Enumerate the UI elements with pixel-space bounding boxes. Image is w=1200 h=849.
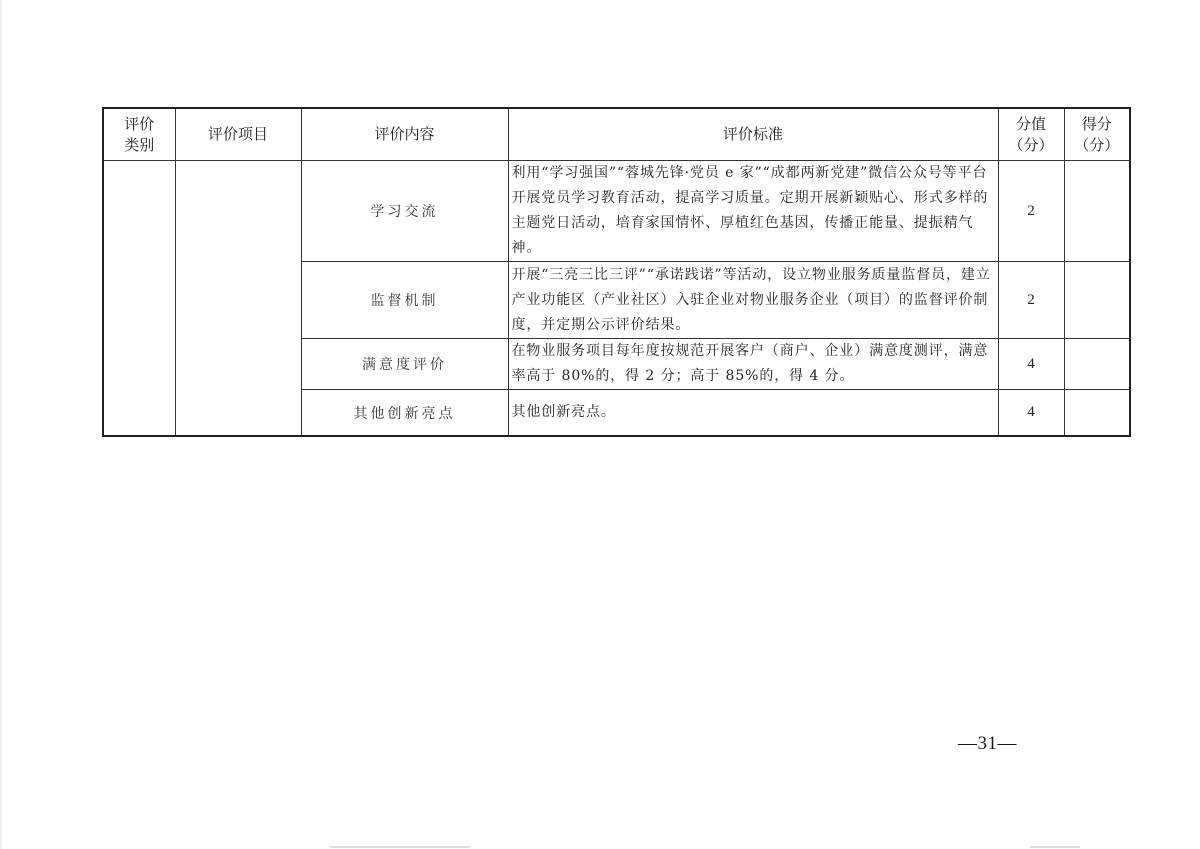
table-header-row: 评价 类别 评价项目 评价内容 评价标准 分值 （分） 得分 （分） xyxy=(103,108,1130,161)
evaluation-table: 评价 类别 评价项目 评价内容 评价标准 分值 （分） 得分 （分） 学习交流 … xyxy=(102,107,1131,437)
header-score-line2: （分） xyxy=(999,135,1064,156)
header-content: 评价内容 xyxy=(301,108,508,161)
content-cell: 满意度评价 xyxy=(301,339,508,390)
header-earned-line2: （分） xyxy=(1065,135,1130,156)
score-cell: 4 xyxy=(998,339,1064,390)
scan-artifact-line xyxy=(330,846,470,848)
standard-cell: 利用“学习强国”“蓉城先锋·党员 e 家”“成都两新党建”微信公众号等平台开展党… xyxy=(508,161,998,262)
content-cell: 其他创新亮点 xyxy=(301,390,508,437)
header-category-line2: 类别 xyxy=(104,135,175,156)
score-cell: 2 xyxy=(998,262,1064,339)
header-standard: 评价标准 xyxy=(508,108,998,161)
header-earned: 得分 （分） xyxy=(1064,108,1130,161)
header-category: 评价 类别 xyxy=(103,108,175,161)
item-cell xyxy=(175,161,301,437)
page-edge xyxy=(0,0,2,849)
content-cell: 学习交流 xyxy=(301,161,508,262)
standard-cell: 其他创新亮点。 xyxy=(508,390,998,437)
score-cell: 2 xyxy=(998,161,1064,262)
earned-score-cell[interactable] xyxy=(1064,339,1130,390)
header-category-line1: 评价 xyxy=(104,114,175,135)
header-earned-line1: 得分 xyxy=(1065,114,1130,135)
category-cell xyxy=(103,161,175,437)
table-row: 学习交流 利用“学习强国”“蓉城先锋·党员 e 家”“成都两新党建”微信公众号等… xyxy=(103,161,1130,262)
page-number: —31— xyxy=(958,733,1017,755)
standard-cell: 开展“三亮三比三评”“承诺践诺”等活动，设立物业服务质量监督员，建立产业功能区（… xyxy=(508,262,998,339)
header-item: 评价项目 xyxy=(175,108,301,161)
earned-score-cell[interactable] xyxy=(1064,262,1130,339)
content-cell: 监督机制 xyxy=(301,262,508,339)
header-score: 分值 （分） xyxy=(998,108,1064,161)
earned-score-cell[interactable] xyxy=(1064,390,1130,437)
header-score-line1: 分值 xyxy=(999,114,1064,135)
score-cell: 4 xyxy=(998,390,1064,437)
earned-score-cell[interactable] xyxy=(1064,161,1130,262)
scan-artifact-line xyxy=(1030,846,1080,848)
standard-cell: 在物业服务项目每年度按规范开展客户（商户、企业）满意度测评，满意率高于 80%的… xyxy=(508,339,998,390)
